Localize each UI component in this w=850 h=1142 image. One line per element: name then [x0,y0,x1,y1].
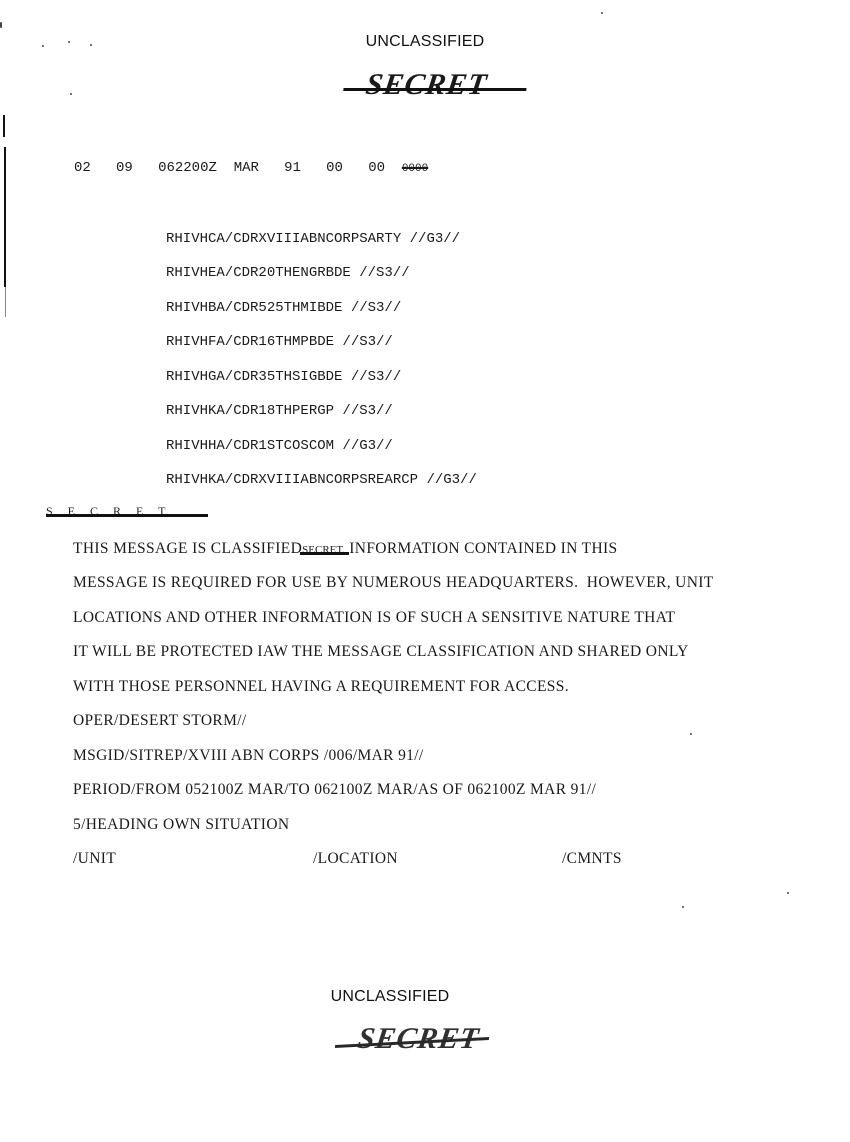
oper-line: OPER/DESERT STORM// [73,712,247,730]
column-header-location: /LOCATION [313,850,398,868]
scan-margin-mark [5,287,6,317]
strike-line [46,514,208,517]
addressee-line: RHIVHHA/CDR1STCOSCOM //G3// [166,438,393,454]
document-page: UNCLASSIFIED SECRET 02 09 062200Z MAR 91… [0,0,850,1142]
addressee-line: RHIVHGA/CDR35THSIGBDE //S3// [166,369,401,385]
body-text: THIS MESSAGE IS CLASSIFIED [73,540,302,557]
scan-speck [70,93,72,95]
scan-speck [690,733,692,735]
heading-line: 5/HEADING OWN SITUATION [73,816,289,834]
addressee-line: RHIVHEA/CDR20THENGRBDE //S3// [166,265,410,281]
scan-speck [787,892,789,894]
header-field: 062200Z [158,160,217,176]
body-text: INFORMATION CONTAINED IN THIS [345,540,617,557]
scan-margin-mark [4,147,6,287]
addressee-line: RHIVHBA/CDR525THMIBDE //S3// [166,300,401,316]
period-line: PERIOD/FROM 052100Z MAR/TO 062100Z MAR/A… [73,781,596,799]
scan-speck [682,906,684,908]
secret-stamp-bottom: SECRET [356,1022,482,1056]
body-line-1: THIS MESSAGE IS CLASSIFIEDSECRET. INFORM… [73,540,618,558]
struck-classification-word: SECRET. [302,544,345,556]
classification-marking-top: UNCLASSIFIED [0,33,850,51]
scan-speck [601,12,603,14]
header-field: 02 [74,160,91,176]
addressee-line: RHIVHFA/CDR16THMPBDE //S3// [166,334,393,350]
header-field: 00 [326,160,343,176]
scan-margin-mark [3,115,5,137]
addressee-line: RHIVHKA/CDR18THPERGP //S3// [166,403,393,419]
msgid-line: MSGID/SITREP/XVIII ABN CORPS /006/MAR 91… [73,747,424,765]
routing-header-line: 02 09 062200Z MAR 91 00 00 0000 [74,160,428,176]
column-header-comments: /CMNTS [562,850,622,868]
struck-secret-marker: S E C R E T [46,504,171,519]
scan-speck [0,22,2,28]
strike-line [343,88,526,91]
header-field: MAR [234,160,259,176]
body-line: IT WILL BE PROTECTED IAW THE MESSAGE CLA… [73,643,689,661]
header-field: 91 [284,160,301,176]
classification-marking-bottom: UNCLASSIFIED [0,988,815,1006]
header-field: 09 [116,160,133,176]
addressee-line: RHIVHCA/CDRXVIIIABNCORPSARTY //G3// [166,231,460,247]
header-field: 00 [368,160,385,176]
addressee-line: RHIVHKA/CDRXVIIIABNCORPSREARCP //G3// [166,472,477,488]
body-line: WITH THOSE PERSONNEL HAVING A REQUIREMEN… [73,678,569,696]
secret-stamp-text: SECRET [364,68,490,101]
struck-header-field: 0000 [402,163,428,175]
secret-stamp-top: SECRET [364,68,490,102]
body-line: LOCATIONS AND OTHER INFORMATION IS OF SU… [73,609,675,627]
strike-line [300,552,349,555]
body-line: MESSAGE IS REQUIRED FOR USE BY NUMEROUS … [73,574,714,592]
column-header-unit: /UNIT [73,850,116,868]
